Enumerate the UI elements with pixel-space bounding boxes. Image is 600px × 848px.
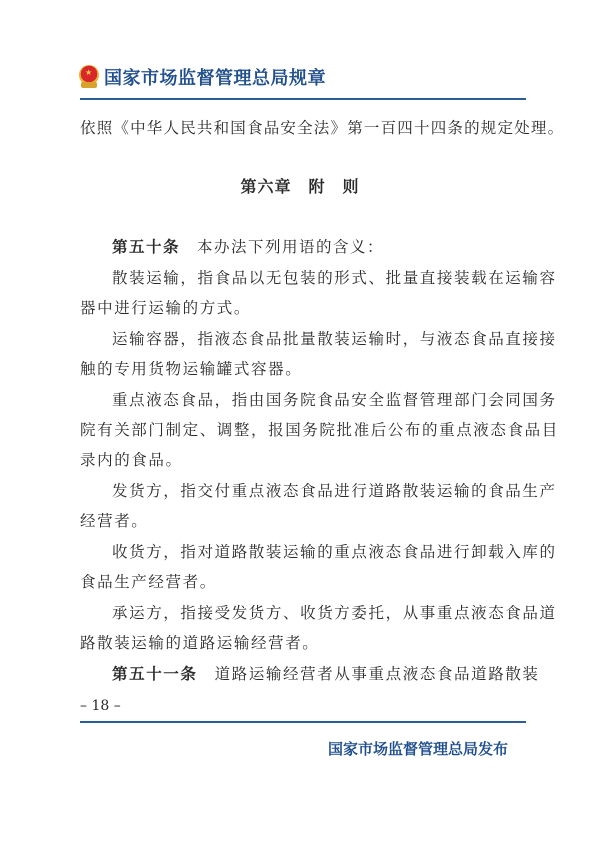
definition-line: 收货方，指对道路散装运输的重点液态食品进行卸载入库的 bbox=[112, 540, 557, 562]
definition-line: 器中进行运输的方式。 bbox=[80, 296, 251, 318]
definition-line: 录内的食品。 bbox=[80, 448, 183, 470]
definition-line: 承运方，指接受发货方、收货方委托，从事重点液态食品道 bbox=[112, 601, 557, 623]
article-label: 第五十一条 bbox=[112, 665, 198, 683]
definition-line: 院有关部门制定、调整，报国务院批准后公布的重点液态食品目 bbox=[80, 418, 559, 440]
national-emblem-icon: ★ bbox=[78, 65, 100, 89]
continuation-text: 依照《中华人民共和国食品安全法》第一百四十四条的规定处理。 bbox=[80, 116, 564, 138]
definition-line: 散装运输，指食品以无包装的形式、批量直接装载在运输容 bbox=[112, 266, 557, 288]
definition-line: 发货方，指交付重点液态食品进行道路散装运输的食品生产 bbox=[112, 479, 557, 501]
document-header: ★ 国家市场监督管理总局规章 bbox=[78, 64, 326, 90]
publisher-label: 国家市场监督管理总局发布 bbox=[328, 738, 508, 759]
header-title: 国家市场监督管理总局规章 bbox=[104, 64, 326, 90]
article-text: 道路运输经营者从事重点液态食品道路散装 bbox=[215, 665, 540, 683]
article-label: 第五十条 bbox=[112, 238, 180, 256]
chapter-title: 第六章 附 则 bbox=[0, 174, 600, 197]
footer-divider bbox=[80, 721, 526, 723]
page-number: – 18 – bbox=[80, 698, 121, 714]
article-51: 第五十一条 道路运输经营者从事重点液态食品道路散装 bbox=[112, 662, 540, 684]
definition-line: 路散装运输的道路运输经营者。 bbox=[80, 631, 319, 653]
definition-line: 食品生产经营者。 bbox=[80, 570, 217, 592]
definition-line: 运输容器，指液态食品批量散装运输时，与液态食品直接接 bbox=[112, 327, 557, 349]
header-divider bbox=[80, 98, 526, 100]
definition-line: 重点液态食品，指由国务院食品安全监督管理部门会同国务 bbox=[112, 388, 557, 410]
definition-line: 经营者。 bbox=[80, 509, 148, 531]
definition-line: 触的专用货物运输罐式容器。 bbox=[80, 357, 302, 379]
article-50: 第五十条 本办法下列用语的含义： bbox=[112, 235, 384, 257]
article-text: 本办法下列用语的含义： bbox=[197, 238, 384, 256]
